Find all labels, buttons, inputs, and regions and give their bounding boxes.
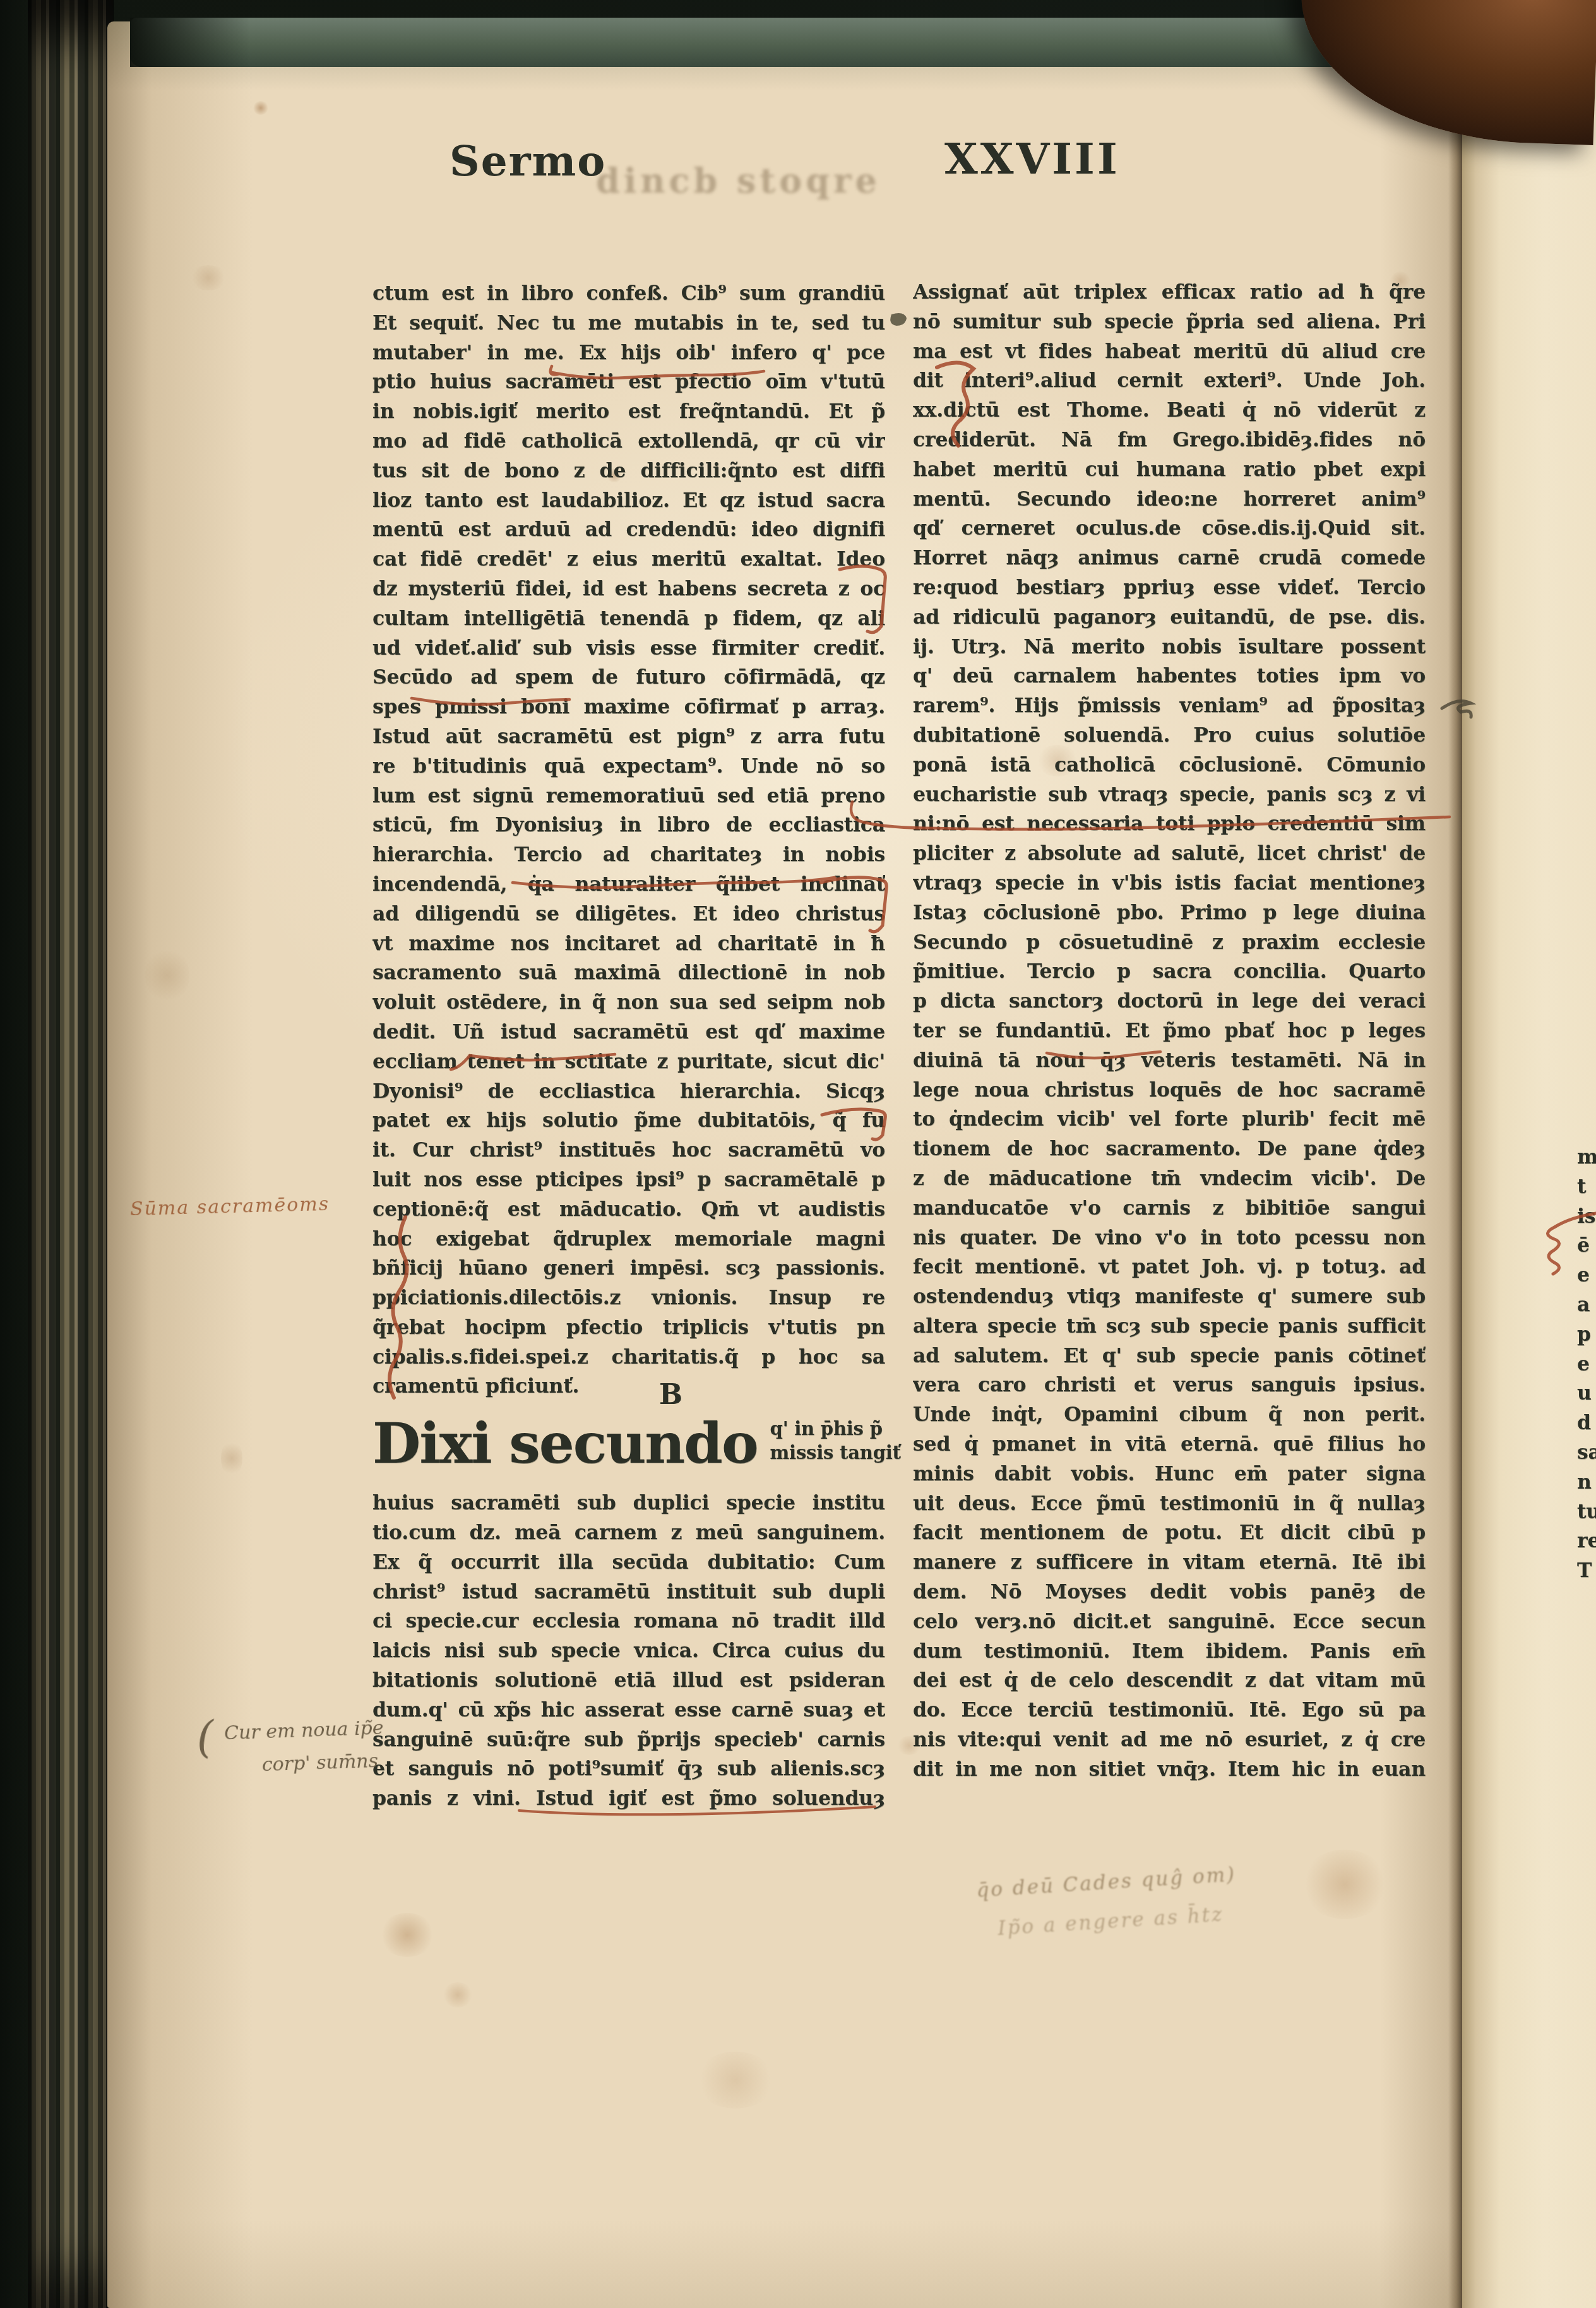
stain bbox=[221, 1439, 242, 1477]
text-line: vtraqȝ specie in v'bis istis faciat ment… bbox=[913, 869, 1426, 898]
text-line: Istaȝ cōclusionē pbo. Primo p lege diuin… bbox=[913, 898, 1426, 928]
text-line: ij. Utrȝ. Nā merito nobis īsultare posse… bbox=[913, 633, 1426, 662]
text-line: fecit mentionē. vt patet Joh. vj. p totu… bbox=[913, 1252, 1426, 1282]
text-line: tio.cum dz. meā carnem z meū sanguinem. bbox=[372, 1518, 885, 1548]
text-line: mutaber' in me. Ex hijs oib' infero q' p… bbox=[372, 338, 885, 368]
text-line: incendendā, q̇a naturaliter q̃libet incl… bbox=[372, 870, 885, 900]
text-line: bitationis solutionē etiā illud est psid… bbox=[372, 1666, 885, 1696]
text-line: Et sequiť. Nec tu me mutabis in te, sed … bbox=[372, 309, 885, 338]
text-line: Assignať aūt triplex efficax ratio ad ħ … bbox=[913, 278, 1426, 307]
text-line: ponā istā catholicā cōclusionē. Cōmunio bbox=[913, 751, 1426, 780]
show-through-ghost-text: dincb stoqre bbox=[596, 160, 881, 201]
text-line: z de māducatione tm̄ vndecim vicib'. De bbox=[913, 1164, 1426, 1194]
text-line: it. Cur christ⁹ instituēs hoc sacramētū … bbox=[372, 1136, 885, 1165]
stain bbox=[145, 947, 189, 1004]
section-heading: Dixi secundo q' in p̄his p̃ missis tangi… bbox=[372, 1410, 885, 1489]
text-line: ceptionē:q̃ est māducatio. Qm̄ vt audist… bbox=[372, 1195, 885, 1225]
text-line: nis quater. De vino v'o in toto pcessu n… bbox=[913, 1223, 1426, 1253]
text-line: spes pmissi boni maxime cōfirmať p arraȝ… bbox=[372, 693, 885, 722]
text-line: ad ridiculū paganorȝ euitandū, de pse. d… bbox=[913, 603, 1426, 633]
text-line: cipalis.s.fidei.spei.z charitatis.q̃ p h… bbox=[372, 1343, 885, 1372]
clipped-letter-strip: mtisēeapeudsantureT bbox=[1577, 1143, 1596, 1586]
text-line: Istud aūt sacramētū est pign⁹ z arra fut… bbox=[372, 722, 885, 752]
text-line: a bbox=[1577, 1290, 1596, 1320]
text-line: dum testimoniū. Item ibidem. Panis em̄ bbox=[913, 1637, 1426, 1667]
running-title: Sermo bbox=[450, 136, 606, 186]
text-line: ppiciationis.dilectōis.z vnionis. Insup … bbox=[372, 1283, 885, 1313]
text-line: eccliam tenet in sctitate z puritate, si… bbox=[372, 1047, 885, 1077]
text-line: mentū est arduū ad credendū: ideo dignif… bbox=[372, 515, 885, 545]
text-line: e bbox=[1577, 1350, 1596, 1379]
text-line: cramentū pficiunť. bbox=[372, 1372, 885, 1401]
text-line: p̃mitiue. Tercio p sacra concilia. Quart… bbox=[913, 957, 1426, 987]
left-column-upper-text: ctum est in libro confeß. Cib⁹ sum grand… bbox=[372, 279, 885, 1401]
text-line: eucharistie sub vtraqȝ specie, panis scȝ… bbox=[913, 780, 1426, 810]
text-line: diuinā tā noui q̄ȝ veteris testamēti. Nā… bbox=[913, 1046, 1426, 1076]
text-line: re b'titudinis quā expectam⁹. Unde nō so bbox=[372, 752, 885, 782]
text-line: mentū. Secundo ideo:ne horreret anim⁹ bbox=[913, 485, 1426, 515]
text-line: qď cerneret oculus.de cōse.dis.ij.Quid s… bbox=[913, 514, 1426, 544]
facing-page-edge bbox=[1462, 28, 1596, 2308]
text-line: tionem de hoc sacramento. De pane q̇deȝ bbox=[913, 1134, 1426, 1164]
text-line: dedit. Uñ istud sacramētū est qď maxime bbox=[372, 1018, 885, 1047]
text-line: cat fidē credēt' z eius meritū exaltat. … bbox=[372, 545, 885, 574]
text-line: et sanguis nō poti⁹sumiť q̄ȝ sub alienis… bbox=[372, 1754, 885, 1784]
quire-signature-mark: B bbox=[659, 1379, 682, 1411]
text-line: p bbox=[1577, 1320, 1596, 1350]
text-line: d bbox=[1577, 1408, 1596, 1438]
stain bbox=[694, 2052, 777, 2109]
text-line: ma est vt fides habeat meritū dū aliud c… bbox=[913, 337, 1426, 367]
text-line: uit deus. Ecce p̃mū testimoniū in q̃ nul… bbox=[913, 1489, 1426, 1519]
text-line: cultam intelligētiā tenendā p fidem, qz … bbox=[372, 604, 885, 634]
text-line: q̃rebat hocipm pfectio triplicis v'tutis… bbox=[372, 1313, 885, 1343]
text-line: luit nos esse pticipes ipsi⁹ p sacramēta… bbox=[372, 1165, 885, 1195]
text-line: do. Ecce terciū testimoniū. Itē. Ego sū … bbox=[913, 1696, 1426, 1725]
text-line: dei est q̇ de celo descendit z dat vitam… bbox=[913, 1666, 1426, 1696]
stain bbox=[189, 265, 227, 290]
text-line: sanguinē suū:q̃re sub p̃prijs specieb' c… bbox=[372, 1725, 885, 1755]
text-line: ni:nō est necessaria toti pplo credentiū… bbox=[913, 809, 1426, 839]
text-line: laicis nisi sub specie vnica. Circa cuiu… bbox=[372, 1636, 885, 1666]
text-line: dit interi⁹.aliud cernit exteri⁹. Unde J… bbox=[913, 366, 1426, 396]
text-line: in nobis.igiť merito est freq̃ntandū. Et… bbox=[372, 397, 885, 427]
page-crease bbox=[1448, 25, 1463, 2308]
text-line: sticū, fm Dyonisiuȝ in libro de eccliast… bbox=[372, 811, 885, 840]
text-line: to q̇ndecim vicib' vel forte plurib' fec… bbox=[913, 1105, 1426, 1134]
folio-number: XXVIII bbox=[944, 134, 1120, 184]
text-line: Unde inq̇t, Opamini cibum q̃ non perit. bbox=[913, 1400, 1426, 1430]
text-line: rarem⁹. Hijs p̃missis veniam⁹ ad p̃posit… bbox=[913, 691, 1426, 721]
book-top-edge bbox=[130, 18, 1386, 67]
text-line: ud videť.aliď sub visis esse firmiter cr… bbox=[372, 634, 885, 663]
text-line: e bbox=[1577, 1261, 1596, 1290]
text-line: xx.dictū est Thome. Beati q̇ nō viderūt … bbox=[913, 396, 1426, 425]
text-line: bñficij hūano generi impēsi. scȝ passion… bbox=[372, 1254, 885, 1283]
text-line: dubitationē soluendā. Pro cuius solutiōe bbox=[913, 721, 1426, 751]
text-line: celo verȝ.nō dicit.et sanguinē. Ecce sec… bbox=[913, 1607, 1426, 1637]
text-line: n bbox=[1577, 1468, 1596, 1497]
text-line: vt maxime nos incitaret ad charitatē in … bbox=[372, 929, 885, 959]
right-column-text: Assignať aūt triplex efficax ratio ad ħ … bbox=[913, 278, 1426, 1785]
text-line: tus sit de bono z de difficili:q̃nto est… bbox=[372, 456, 885, 486]
text-line: Horret nāqȝ animus carnē crudā comede bbox=[913, 544, 1426, 573]
text-line: u bbox=[1577, 1379, 1596, 1408]
text-line: ctum est in libro confeß. Cib⁹ sum grand… bbox=[372, 279, 885, 309]
stain bbox=[379, 1913, 436, 1957]
text-line: re:quod bestiarȝ ppriuȝ esse videť. Terc… bbox=[913, 573, 1426, 603]
text-line: re bbox=[1577, 1526, 1596, 1556]
text-line: dum.q' cū xp̃s hic asserat esse carnē su… bbox=[372, 1696, 885, 1725]
text-line: ci specie.cur ecclesia romana nō tradit … bbox=[372, 1607, 885, 1636]
text-line: dz mysteriū fidei, id est habens secreta… bbox=[372, 574, 885, 604]
text-line: m bbox=[1577, 1143, 1596, 1172]
text-line: Secūdo ad spem de futuro cōfirmādā, qz bbox=[372, 663, 885, 693]
text-line: Secundo p cōsuetudinē z praxim ecclesie bbox=[913, 928, 1426, 958]
stain bbox=[442, 1982, 473, 2008]
text-line: hierarchia. Tercio ad charitateȝ in nobi… bbox=[372, 840, 885, 870]
stain bbox=[253, 101, 269, 115]
text-line: habet meritū cui humana ratio pbet expi bbox=[913, 455, 1426, 485]
text-line: altera specie tm̄ scȝ sub specie panis s… bbox=[913, 1312, 1426, 1341]
text-line: christ⁹ istud sacramētū instituit sub du… bbox=[372, 1578, 885, 1607]
text-line: hoc exigebat q̃druplex memoriale magni bbox=[372, 1225, 885, 1254]
text-line: mo ad fidē catholicā extollendā, qr cū v… bbox=[372, 427, 885, 456]
text-line: t bbox=[1577, 1172, 1596, 1202]
text-line: Ex q̃ occurrit illa secūda dubitatio: Cu… bbox=[372, 1548, 885, 1578]
left-text-column: ctum est in libro confeß. Cib⁹ sum grand… bbox=[372, 279, 885, 1814]
text-line: p dicta sanctorȝ doctorū in lege dei ver… bbox=[913, 987, 1426, 1016]
book-spine-gutter bbox=[28, 0, 114, 2308]
text-line: pliciter z absolute ad salutē, licet chr… bbox=[913, 839, 1426, 869]
text-line: minis dabit vobis. Hunc em̄ pater signa bbox=[913, 1460, 1426, 1489]
text-line: sacramento suā maximā dilectionē in nob bbox=[372, 958, 885, 988]
text-line: ptio huius sacramēti est pfectio oīm v't… bbox=[372, 367, 885, 397]
section-heading-side-text: q' in p̄his p̃ missis tangiť bbox=[770, 1410, 901, 1465]
text-line: huius sacramēti sub duplici specie insti… bbox=[372, 1489, 885, 1518]
text-line: ē bbox=[1577, 1231, 1596, 1261]
text-line: panis z vini. Istud igiť est p̃mo soluen… bbox=[372, 1784, 885, 1814]
text-line: facit mentionem de potu. Et dicit cibū p bbox=[913, 1518, 1426, 1548]
text-line: crediderūt. Nā fm Grego.ibidēȝ.fides nō bbox=[913, 425, 1426, 455]
text-line: dem. Nō Moyses dedit vobis panēȝ de bbox=[913, 1578, 1426, 1607]
text-line: ostendenduȝ vtiqȝ manifeste q' sumere su… bbox=[913, 1282, 1426, 1312]
facing-page-clipped-text: mtisēeapeudsantureT bbox=[1577, 1143, 1596, 1586]
right-text-column: Assignať aūt triplex efficax ratio ad ħ … bbox=[913, 278, 1426, 1785]
section-heading-initial-words: Dixi secundo bbox=[372, 1410, 758, 1476]
text-line: patet ex hijs solutio p̃me dubitatōis, q… bbox=[372, 1106, 885, 1136]
text-line: vera caro christi et verus sanguis ipsiu… bbox=[913, 1371, 1426, 1400]
left-column-lower-text: huius sacramēti sub duplici specie insti… bbox=[372, 1489, 885, 1814]
text-line: q' deū carnalem habentes toties ipm vo bbox=[913, 662, 1426, 691]
text-line: lioz tanto est laudabilioz. Et qz istud … bbox=[372, 486, 885, 516]
marginal-paren-stroke: ( bbox=[196, 1720, 214, 1754]
text-line: ad salutem. Et q' sub specie panis cōtin… bbox=[913, 1341, 1426, 1371]
text-line: sed q̇ pmanet in vitā eternā. quē filius… bbox=[913, 1430, 1426, 1460]
scanned-incunable-page: { "colors": { "paper": "#ead9bc", "ink":… bbox=[0, 0, 1596, 2308]
text-line: sa bbox=[1577, 1438, 1596, 1468]
text-line: ter se fundantiū. Et p̃mo pbať hoc p leg… bbox=[913, 1016, 1426, 1046]
text-line: dit in me non sitiet vnq̄ȝ. Item hic in … bbox=[913, 1755, 1426, 1785]
text-line: tu bbox=[1577, 1497, 1596, 1527]
text-line: nis vite:qui venit ad me nō esuriet, z q… bbox=[913, 1725, 1426, 1755]
text-line: is bbox=[1577, 1202, 1596, 1232]
text-line: Dyonisi⁹ de eccliastica hierarchia. Sicq… bbox=[372, 1077, 885, 1107]
text-line: ad diligendū se diligētes. Et ideo chris… bbox=[372, 900, 885, 929]
text-line: lege noua christus loquēs de hoc sacramē bbox=[913, 1076, 1426, 1105]
text-line: nō sumitur sub specie p̃pria sed aliena.… bbox=[913, 307, 1426, 337]
text-line: T bbox=[1577, 1556, 1596, 1586]
text-line: manere z sufficere in vitam eternā. Itē … bbox=[913, 1548, 1426, 1578]
text-line: manducatōe v'o carnis z bibitiōe sangui bbox=[913, 1194, 1426, 1223]
text-line: voluit ostēdere, in q̃ non sua sed seipm… bbox=[372, 988, 885, 1018]
marginal-note-lower-left: ( Cur em noua ip̃e corp' sum̄ns bbox=[223, 1712, 385, 1783]
text-line: lum est signū rememoratiuū sed etiā pren… bbox=[372, 782, 885, 811]
